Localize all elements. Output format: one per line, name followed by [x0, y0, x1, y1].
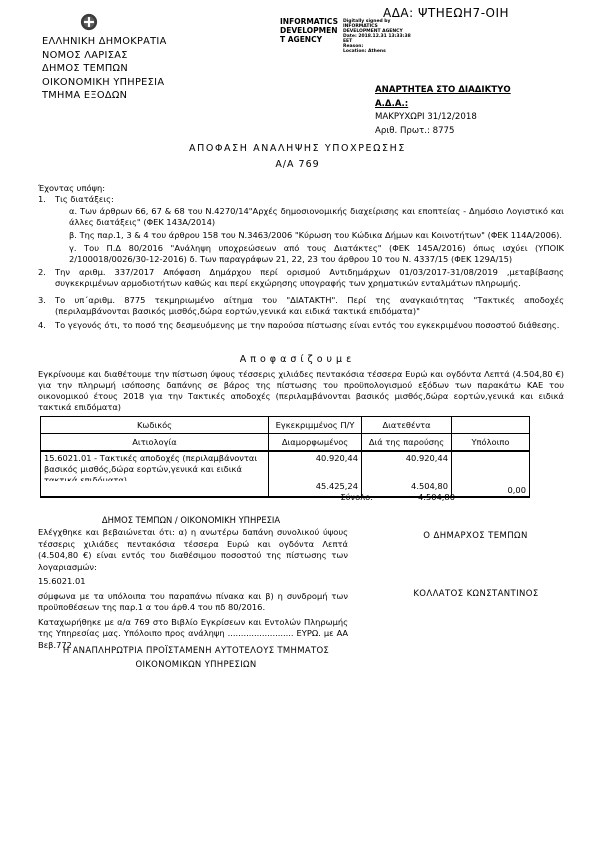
verification-para-2: σύμφωνα με τα υπόλοιπα του παραπάνω πίνα… [38, 591, 348, 614]
org-line-department: ΤΜΗΜΑ ΕΞΟΔΩΝ [42, 89, 192, 103]
total-label: Σύνολο: [40, 492, 373, 502]
decision-heading: Αποφασίζουμε [0, 354, 595, 365]
place-date: ΜΑΚΡΥΧΩΡΙ 31/12/2018 [375, 111, 511, 125]
document-title: ΑΠΟΦΑΣΗ ΑΝΑΛΗΨΗΣ ΥΠΟΧΡΕΩΣΗΣ [0, 143, 595, 154]
stamp-agency-line: INFORMATICS [280, 17, 338, 26]
item-1c: γ. Του Π.Δ 80/2016 "Ανάληψη υποχρεώσεων … [55, 243, 564, 265]
allocated-now-amount: 4.504,80 [365, 481, 448, 491]
col-header-by-present: Διά της παρούσης [362, 434, 452, 452]
allocated-prior-amount: 40.920,44 [365, 453, 448, 463]
verification-block: Ελέγχθηκε και βεβαιώνεται ότι: α) η ανωτ… [38, 527, 348, 651]
item-number: 3. [38, 295, 55, 317]
document-page: ΑΔΑ: ΨΤΗΕΩΗ7-ΟΙΗ INFORMATICS DEVELOPMEN … [0, 0, 595, 842]
table-header-row-2: Αιτιολογία Διαμορφωμένος Διά της παρούση… [41, 434, 530, 452]
item-text: Το γεγονός ότι, το ποσό της δεσμευόμενης… [55, 320, 564, 331]
preamble-item-3: 3. Το υπ΄αριθμ. 8775 τεκμηριωμένο αίτημα… [38, 295, 564, 317]
item-number: 1. [38, 194, 55, 265]
item-text: Την αριθμ. 337/2017 Απόφαση Δημάρχου περ… [55, 267, 564, 289]
cell-remainder: 0,00 [452, 451, 530, 497]
stamp-detail-line: Location: Athens [343, 49, 411, 54]
item-number: 4. [38, 320, 55, 331]
org-line-republic: ΕΛΛΗΝΙΚΗ ΔΗΜΟΚΡΑΤΙΑ [42, 35, 192, 49]
greek-emblem-icon [80, 13, 98, 31]
org-line-municipality: ΔΗΜΟΣ ΤΕΜΠΩΝ [42, 62, 192, 76]
stamp-signature-details: Digitally signed by INFORMATICS DEVELOPM… [343, 19, 411, 54]
stamp-detail-line: Date: 2018.12.31 13:33:38 [343, 34, 411, 39]
mayor-signature-title: Ο ΔΗΜΑΡΧΟΣ ΤΕΜΠΩΝ [398, 531, 553, 541]
org-line-prefecture: ΝΟΜΟΣ ΛΑΡΙΣΑΣ [42, 49, 192, 63]
cell-allocated-amounts: 40.920,44 4.504,80 [362, 451, 452, 497]
verification-heading: ΔΗΜΟΣ ΤΕΜΠΩΝ / ΟΙΚΟΝΟΜΙΚΗ ΥΠΗΡΕΣΙΑ [40, 515, 342, 525]
preamble-section: Έχοντας υπόψη: 1. Τις διατάξεις: α. Των … [38, 183, 564, 331]
cell-code-description: 15.6021.01 - Τακτικές αποδοχές (περιλαμβ… [41, 451, 269, 497]
col-header-approved-budget: Εγκεκριμμένος Π/Υ [269, 417, 362, 434]
officer-title-line-2: ΟΙΚΟΝΟΜΙΚΩΝ ΥΠΗΡΕΣΙΩΝ [40, 658, 352, 672]
ada-label: Α.Δ.Α.: [375, 98, 511, 112]
officer-title-line-1: Η ΑΝΑΠΛΗΡΩΤΡΙΑ ΠΡΟΪΣΤΑΜΕΝΗ ΑΥΤΟΤΕΛΟΥΣ ΤΜ… [40, 644, 352, 658]
col-header-justification: Αιτιολογία [41, 434, 269, 452]
stamp-agency-name: INFORMATICS DEVELOPMEN T AGENCY [280, 17, 338, 54]
approved-amount: 40.920,44 [272, 453, 358, 463]
stamp-agency-line: DEVELOPMEN [280, 26, 338, 35]
col-header-remainder: Υπόλοιπο [452, 434, 530, 452]
organization-header: ΕΛΛΗΝΙΚΗ ΔΗΜΟΚΡΑΤΙΑ ΝΟΜΟΣ ΛΑΡΙΣΑΣ ΔΗΜΟΣ … [42, 13, 192, 103]
item-1-intro: Τις διατάξεις: [55, 194, 564, 205]
verification-para-1: Ελέγχθηκε και βεβαιώνεται ότι: α) η ανωτ… [38, 527, 348, 573]
cell-approved-amounts: 40.920,44 45.425,24 [269, 451, 362, 497]
decision-paragraph: Εγκρίνουμε και διαθέτουμε την πίστωση ύψ… [38, 369, 564, 413]
table-row: 15.6021.01 - Τακτικές αποδοχές (περιλαμβ… [41, 451, 530, 497]
item-text: Το υπ΄αριθμ. 8775 τεκμηριωμένο αίτημα το… [55, 295, 564, 317]
table-header-row-1: Κωδικός Εγκεκριμμένος Π/Υ Διατεθέντα [41, 417, 530, 434]
publish-on-internet-label: ΑΝΑΡΤΗΤΕΑ ΣΤΟ ΔΙΑΔΙΚΤΥΟ [375, 84, 511, 98]
document-meta: ΑΝΑΡΤΗΤΕΑ ΣΤΟ ΔΙΑΔΙΚΤΥΟ Α.Δ.Α.: ΜΑΚΡΥΧΩΡ… [375, 84, 511, 138]
preamble-item-4: 4. Το γεγονός ότι, το ποσό της δεσμευόμε… [38, 320, 564, 331]
col-header-allocated: Διατεθέντα [362, 417, 452, 434]
mayor-signature-name: ΚΟΛΛΑΤΟΣ ΚΩΝΣΤΑΝΤΙΝΟΣ [392, 589, 560, 599]
protocol-number: Αριθ. Πρωτ.: 8775 [375, 125, 511, 139]
item-text: Τις διατάξεις: α. Των άρθρων 66, 67 & 68… [55, 194, 564, 265]
document-serial-number: Α/Α 769 [0, 159, 595, 170]
budget-table: Κωδικός Εγκεκριμμένος Π/Υ Διατεθέντα Αιτ… [40, 416, 530, 498]
preamble-intro: Έχοντας υπόψη: [38, 183, 564, 194]
code-description-text: 15.6021.01 - Τακτικές αποδοχές (περιλαμβ… [44, 453, 265, 481]
col-header-formed: Διαμορφωμένος [269, 434, 362, 452]
org-line-service: ΟΙΚΟΝΟΜΙΚΗ ΥΠΗΡΕΣΙΑ [42, 76, 192, 90]
total-value: 4.504,80 [373, 492, 455, 502]
formed-amount: 45.425,24 [272, 481, 358, 491]
stamp-agency-line: T AGENCY [280, 35, 338, 44]
preamble-item-2: 2. Την αριθμ. 337/2017 Απόφαση Δημάρχου … [38, 267, 564, 289]
table-total-row: Σύνολο: 4.504,80 [40, 492, 529, 502]
col-header-code: Κωδικός [41, 417, 269, 434]
col-header-blank [452, 417, 530, 434]
preamble-item-1: 1. Τις διατάξεις: α. Των άρθρων 66, 67 &… [38, 194, 564, 265]
verification-account-code: 15.6021.01 [38, 576, 348, 588]
item-number: 2. [38, 267, 55, 289]
item-1b: β. Της παρ.1, 3 & 4 του άρθρου 158 του Ν… [55, 230, 564, 241]
digital-signature-stamp: INFORMATICS DEVELOPMEN T AGENCY Digitall… [280, 17, 411, 54]
organization-lines: ΕΛΛΗΝΙΚΗ ΔΗΜΟΚΡΑΤΙΑ ΝΟΜΟΣ ΛΑΡΙΣΑΣ ΔΗΜΟΣ … [42, 35, 192, 103]
item-1a: α. Των άρθρων 66, 67 & 68 του Ν.4270/14"… [55, 206, 564, 228]
officer-signature-title: Η ΑΝΑΠΛΗΡΩΤΡΙΑ ΠΡΟΪΣΤΑΜΕΝΗ ΑΥΤΟΤΕΛΟΥΣ ΤΜ… [40, 644, 352, 672]
